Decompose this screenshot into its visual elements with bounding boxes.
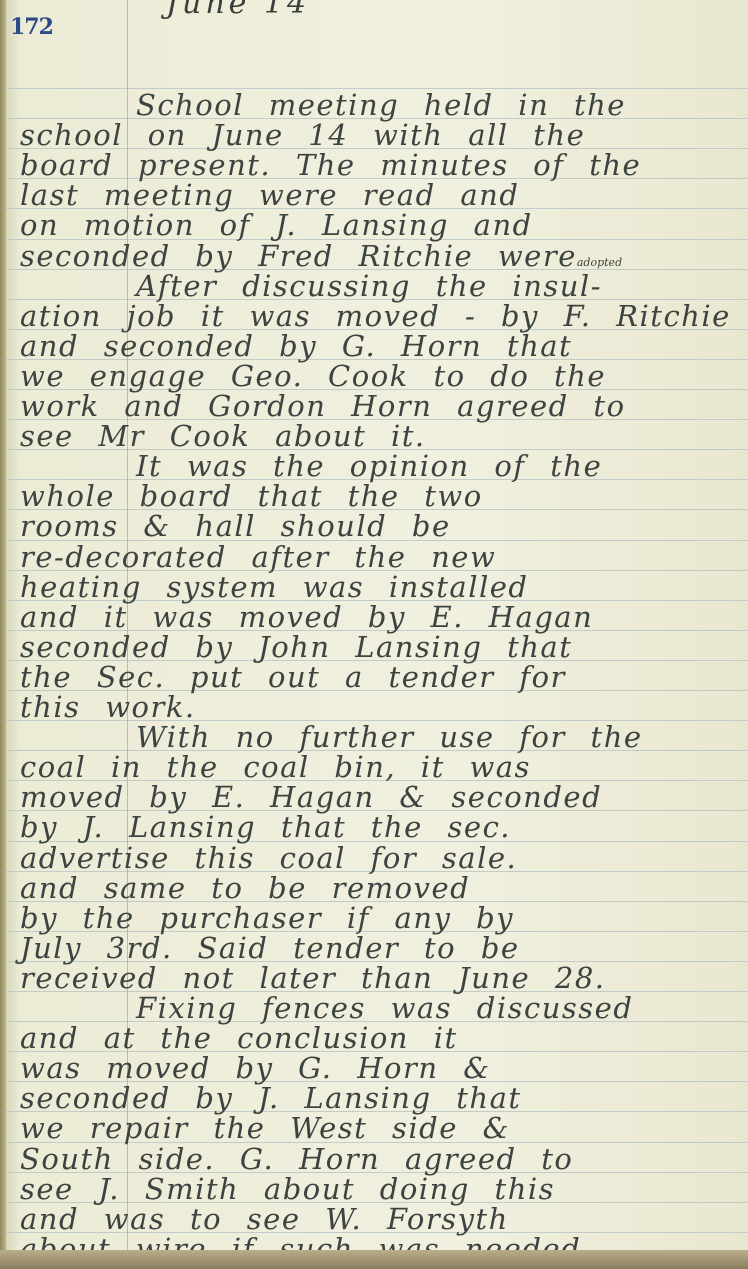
marginal-annotation: adopted [577,256,622,269]
line-text: It was the opinion of the [136,449,602,483]
handwritten-line: we engage Geo. Cook to do the [20,362,738,391]
handwritten-line: received not later than June 28. [20,964,738,993]
line-text: heating system was installed [20,570,528,604]
line-text: After discussing the insul- [136,269,602,303]
line-text: see Mr Cook about it. [20,419,426,453]
handwritten-line: school on June 14 with all the [20,121,738,150]
line-text: rooms & hall should be [20,509,451,543]
line-text: seconded by J. Lansing that [20,1081,522,1115]
line-text: this work. [20,690,196,724]
line-text: see J. Smith about doing this [20,1172,555,1206]
line-text: work and Gordon Horn agreed to [20,389,626,423]
handwritten-line: moved by E. Hagan & seconded [20,783,738,812]
line-text: moved by E. Hagan & seconded [20,780,602,814]
page-number: 172 [10,14,53,40]
line-text: advertise this coal for sale. [20,841,517,875]
line-text: coal in the coal bin, it was [20,750,531,784]
handwritten-line: we repair the West side & [20,1114,738,1143]
handwritten-line: School meeting held in the [136,91,738,120]
handwritten-line: on motion of J. Lansing and [20,211,738,240]
handwritten-line: Fixing fences was discussed [136,994,738,1023]
line-text: board present. The minutes of the [20,148,641,182]
handwritten-line: After discussing the insul- [136,272,738,301]
handwritten-line: see J. Smith about doing this [20,1175,738,1204]
line-text: Fixing fences was discussed [136,991,633,1025]
line-text: by J. Lansing that the sec. [20,810,511,844]
line-text: was moved by G. Horn & [20,1051,491,1085]
line-text: School meeting held in the [136,88,626,122]
handwritten-line: With no further use for the [136,723,738,752]
line-text: South side. G. Horn agreed to [20,1142,573,1176]
line-text: school on June 14 with all the [20,118,585,152]
handwritten-line: July 3rd. Said tender to be [20,934,738,963]
line-text: on motion of J. Lansing and [20,208,533,242]
handwritten-line: was moved by G. Horn & [20,1054,738,1083]
handwritten-line: see Mr Cook about it. [20,422,738,451]
handwritten-line: and at the conclusion it [20,1024,738,1053]
handwritten-line: heating system was installed [20,573,738,602]
handwritten-line: and same to be removed [20,874,738,903]
handwritten-line: It was the opinion of the [136,452,738,481]
handwritten-line: rooms & hall should be [20,512,738,541]
line-text: and was to see W. Forsyth [20,1202,509,1236]
line-text: received not later than June 28. [20,961,606,995]
line-text: we engage Geo. Cook to do the [20,359,606,393]
line-text: the Sec. put out a tender for [20,660,566,694]
line-text: ation job it was moved - by F. Ritchie [20,299,731,333]
handwritten-line: South side. G. Horn agreed to [20,1145,738,1174]
handwritten-line: seconded by John Lansing that [20,633,738,662]
line-text: seconded by John Lansing that [20,630,572,664]
handwritten-line: ation job it was moved - by F. Ritchie [20,302,738,331]
handwritten-line: this work. [20,693,738,722]
handwritten-line: whole board that the two [20,482,738,511]
handwritten-line: and was to see W. Forsyth [20,1205,738,1234]
date-heading: June 14 [166,0,310,21]
handwritten-line: and seconded by G. Horn that [20,332,738,361]
handwritten-line: last meeting were read and [20,181,738,210]
handwritten-line: seconded by Fred Ritchie wereadopted [20,242,738,271]
ledger-page: 172 June 14 School meeting held in thesc… [6,0,748,1256]
line-text: re-decorated after the new [20,540,496,574]
line-text: by the purchaser if any by [20,901,514,935]
line-text: and seconded by G. Horn that [20,329,572,363]
line-text: and at the conclusion it [20,1021,458,1055]
handwritten-line: advertise this coal for sale. [20,844,738,873]
handwritten-line: the Sec. put out a tender for [20,663,738,692]
handwritten-line: by the purchaser if any by [20,904,738,933]
handwritten-line: coal in the coal bin, it was [20,753,738,782]
handwritten-line: board present. The minutes of the [20,151,738,180]
handwritten-line: work and Gordon Horn agreed to [20,392,738,421]
handwritten-line: and it was moved by E. Hagan [20,603,738,632]
line-text: and same to be removed [20,871,470,905]
handwritten-line: by J. Lansing that the sec. [20,813,738,842]
line-text: last meeting were read and [20,178,519,212]
line-text: With no further use for the [136,720,643,754]
line-text: seconded by Fred Ritchie were [20,239,577,273]
line-text: whole board that the two [20,479,483,513]
line-text: July 3rd. Said tender to be [20,931,520,965]
line-text: and it was moved by E. Hagan [20,600,593,634]
line-text: we repair the West side & [20,1111,510,1145]
handwritten-line: seconded by J. Lansing that [20,1084,738,1113]
handwritten-line: re-decorated after the new [20,543,738,572]
page-bottom-edge [0,1250,748,1269]
